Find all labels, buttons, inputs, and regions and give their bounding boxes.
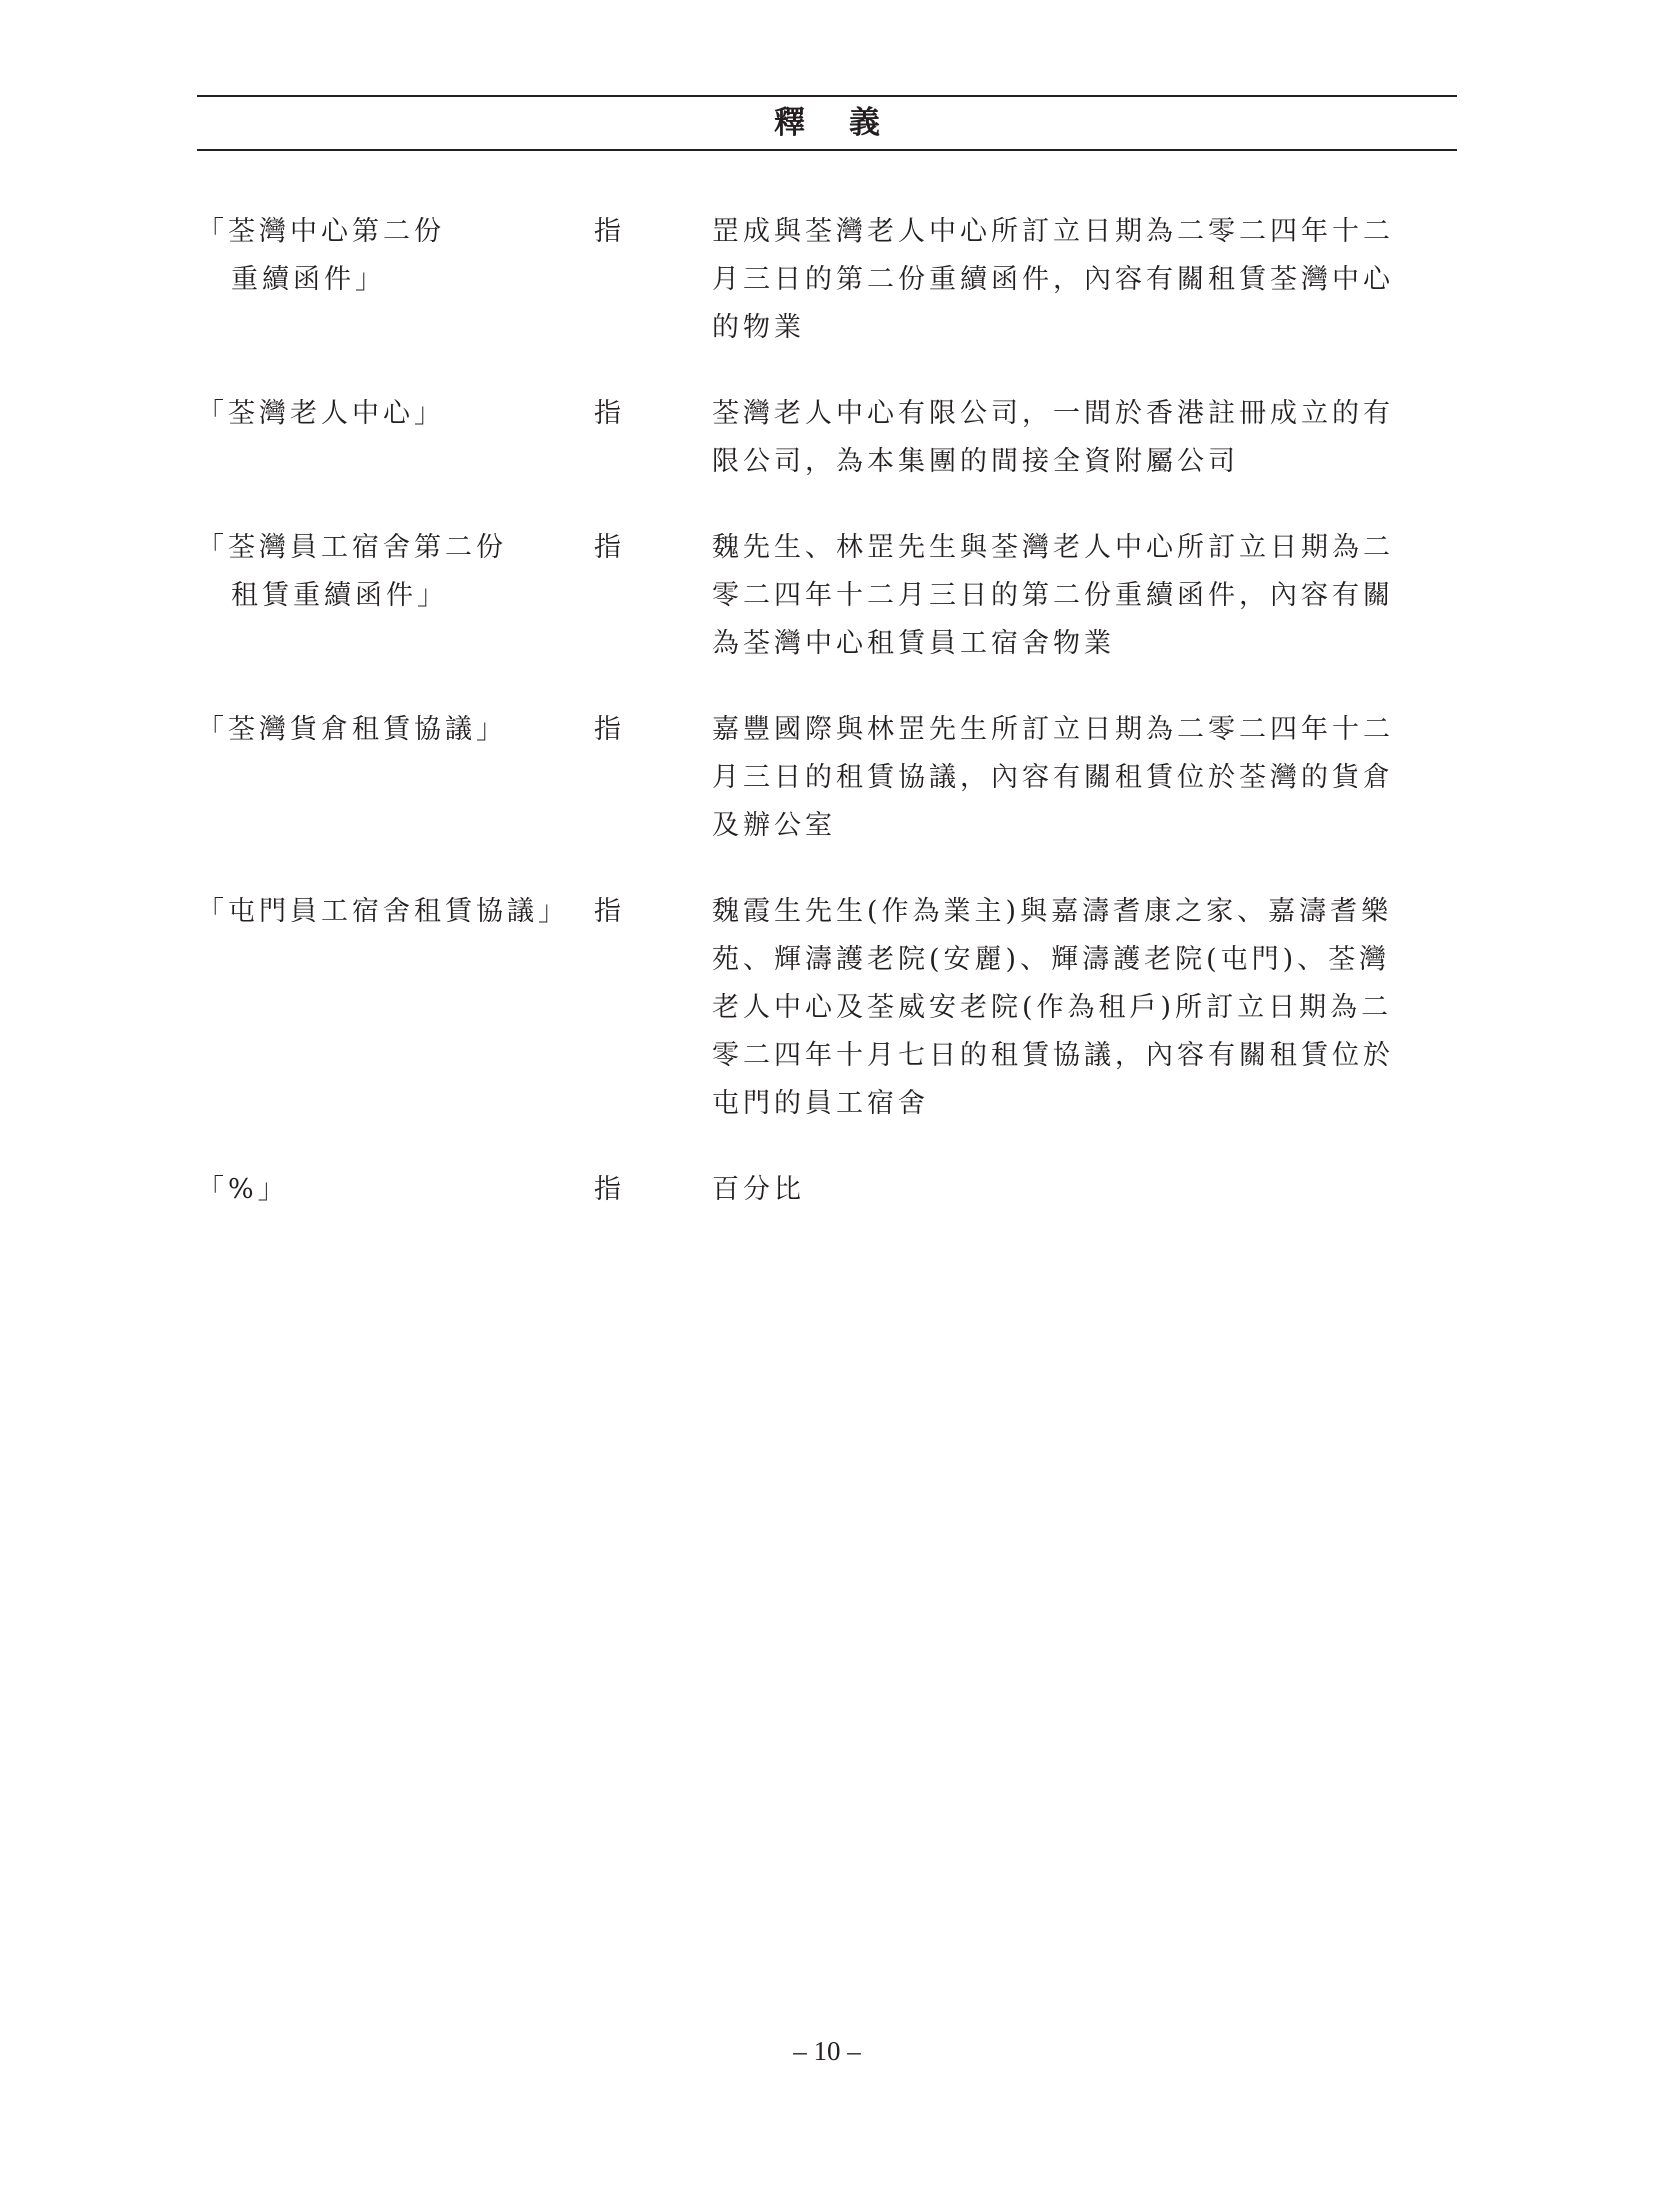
definition-text: 魏霞生先生(作為業主)與嘉濤耆康之家、嘉濤耆樂 苑、輝濤護老院(安麗)、輝濤護老… — [712, 888, 1459, 1128]
term-line: 重續函件」 — [197, 256, 594, 304]
definition-text: 嘉豐國際與林罡先生所訂立日期為二零二四年十二 月三日的租賃協議，內容有關租賃位於… — [712, 706, 1459, 850]
definition-entry: 「%」 指 百分比 — [197, 1166, 1459, 1214]
definition-entry: 「荃灣老人中心」 指 荃灣老人中心有限公司，一間於香港註冊成立的有 限公司，為本… — [197, 390, 1459, 486]
definition-line: 苑、輝濤護老院(安麗)、輝濤護老院(屯門)、荃灣 — [712, 936, 1459, 984]
page-title: 釋義 — [197, 100, 1457, 146]
term-line: 租賃重續函件」 — [197, 572, 594, 620]
definition-line: 老人中心及荃威安老院(作為租戶)所訂立日期為二 — [712, 984, 1459, 1032]
definition-line: 百分比 — [712, 1166, 1459, 1214]
definition-line: 零二四年十月七日的租賃協議，內容有關租賃位於 — [712, 1032, 1459, 1080]
means-label: 指 — [594, 390, 712, 438]
definition-entry: 「荃灣貨倉租賃協議」 指 嘉豐國際與林罡先生所訂立日期為二零二四年十二 月三日的… — [197, 706, 1459, 850]
definition-line: 限公司，為本集團的間接全資附屬公司 — [712, 438, 1459, 486]
definition-line: 月三日的租賃協議，內容有關租賃位於荃灣的貨倉 — [712, 754, 1459, 802]
definition-text: 百分比 — [712, 1166, 1459, 1214]
definition-term: 「荃灣老人中心」 — [197, 390, 594, 438]
definition-entry: 「荃灣員工宿舍第二份 租賃重續函件」 指 魏先生、林罡先生與荃灣老人中心所訂立日… — [197, 524, 1459, 668]
definition-line: 荃灣老人中心有限公司，一間於香港註冊成立的有 — [712, 390, 1459, 438]
means-label: 指 — [594, 888, 712, 936]
definition-entry: 「荃灣中心第二份 重續函件」 指 罡成與荃灣老人中心所訂立日期為二零二四年十二 … — [197, 208, 1459, 352]
term-line: 「荃灣貨倉租賃協議」 — [197, 706, 594, 754]
page-title-char: 義 — [849, 100, 880, 146]
term-line: 「荃灣老人中心」 — [197, 390, 594, 438]
definition-line: 零二四年十二月三日的第二份重續函件，內容有關 — [712, 572, 1459, 620]
definition-term: 「%」 — [197, 1166, 594, 1214]
definition-text: 魏先生、林罡先生與荃灣老人中心所訂立日期為二 零二四年十二月三日的第二份重續函件… — [712, 524, 1459, 668]
definition-text: 罡成與荃灣老人中心所訂立日期為二零二四年十二 月三日的第二份重續函件，內容有關租… — [712, 208, 1459, 352]
means-label: 指 — [594, 706, 712, 754]
term-line: 「荃灣中心第二份 — [197, 208, 594, 256]
definitions-list: 「荃灣中心第二份 重續函件」 指 罡成與荃灣老人中心所訂立日期為二零二四年十二 … — [197, 208, 1459, 1214]
definition-line: 屯門的員工宿舍 — [712, 1080, 1459, 1128]
term-line: 「%」 — [197, 1166, 594, 1214]
definition-text: 荃灣老人中心有限公司，一間於香港註冊成立的有 限公司，為本集團的間接全資附屬公司 — [712, 390, 1459, 486]
definition-line: 的物業 — [712, 304, 1459, 352]
means-label: 指 — [594, 208, 712, 256]
means-label: 指 — [594, 1166, 712, 1214]
means-label: 指 — [594, 524, 712, 572]
definition-line: 罡成與荃灣老人中心所訂立日期為二零二四年十二 — [712, 208, 1459, 256]
definition-line: 月三日的第二份重續函件，內容有關租賃荃灣中心 — [712, 256, 1459, 304]
definition-line: 魏霞生先生(作為業主)與嘉濤耆康之家、嘉濤耆樂 — [712, 888, 1459, 936]
definition-line: 及辦公室 — [712, 802, 1459, 850]
term-line: 「荃灣員工宿舍第二份 — [197, 524, 594, 572]
definition-term: 「荃灣中心第二份 重續函件」 — [197, 208, 594, 304]
header-bottom-rule — [197, 149, 1457, 151]
page-number: – 10 – — [0, 2033, 1654, 2069]
term-line: 「屯門員工宿舍租賃協議」 — [197, 888, 594, 936]
page-title-char: 釋 — [774, 100, 805, 146]
definition-entry: 「屯門員工宿舍租賃協議」 指 魏霞生先生(作為業主)與嘉濤耆康之家、嘉濤耆樂 苑… — [197, 888, 1459, 1128]
document-page: 釋義 「荃灣中心第二份 重續函件」 指 罡成與荃灣老人中心所訂立日期為二零二四年… — [0, 0, 1654, 2205]
definition-line: 魏先生、林罡先生與荃灣老人中心所訂立日期為二 — [712, 524, 1459, 572]
header-top-rule — [197, 95, 1457, 97]
definition-term: 「荃灣員工宿舍第二份 租賃重續函件」 — [197, 524, 594, 620]
definition-term: 「屯門員工宿舍租賃協議」 — [197, 888, 594, 936]
definition-line: 嘉豐國際與林罡先生所訂立日期為二零二四年十二 — [712, 706, 1459, 754]
definition-line: 為荃灣中心租賃員工宿舍物業 — [712, 620, 1459, 668]
definition-term: 「荃灣貨倉租賃協議」 — [197, 706, 594, 754]
